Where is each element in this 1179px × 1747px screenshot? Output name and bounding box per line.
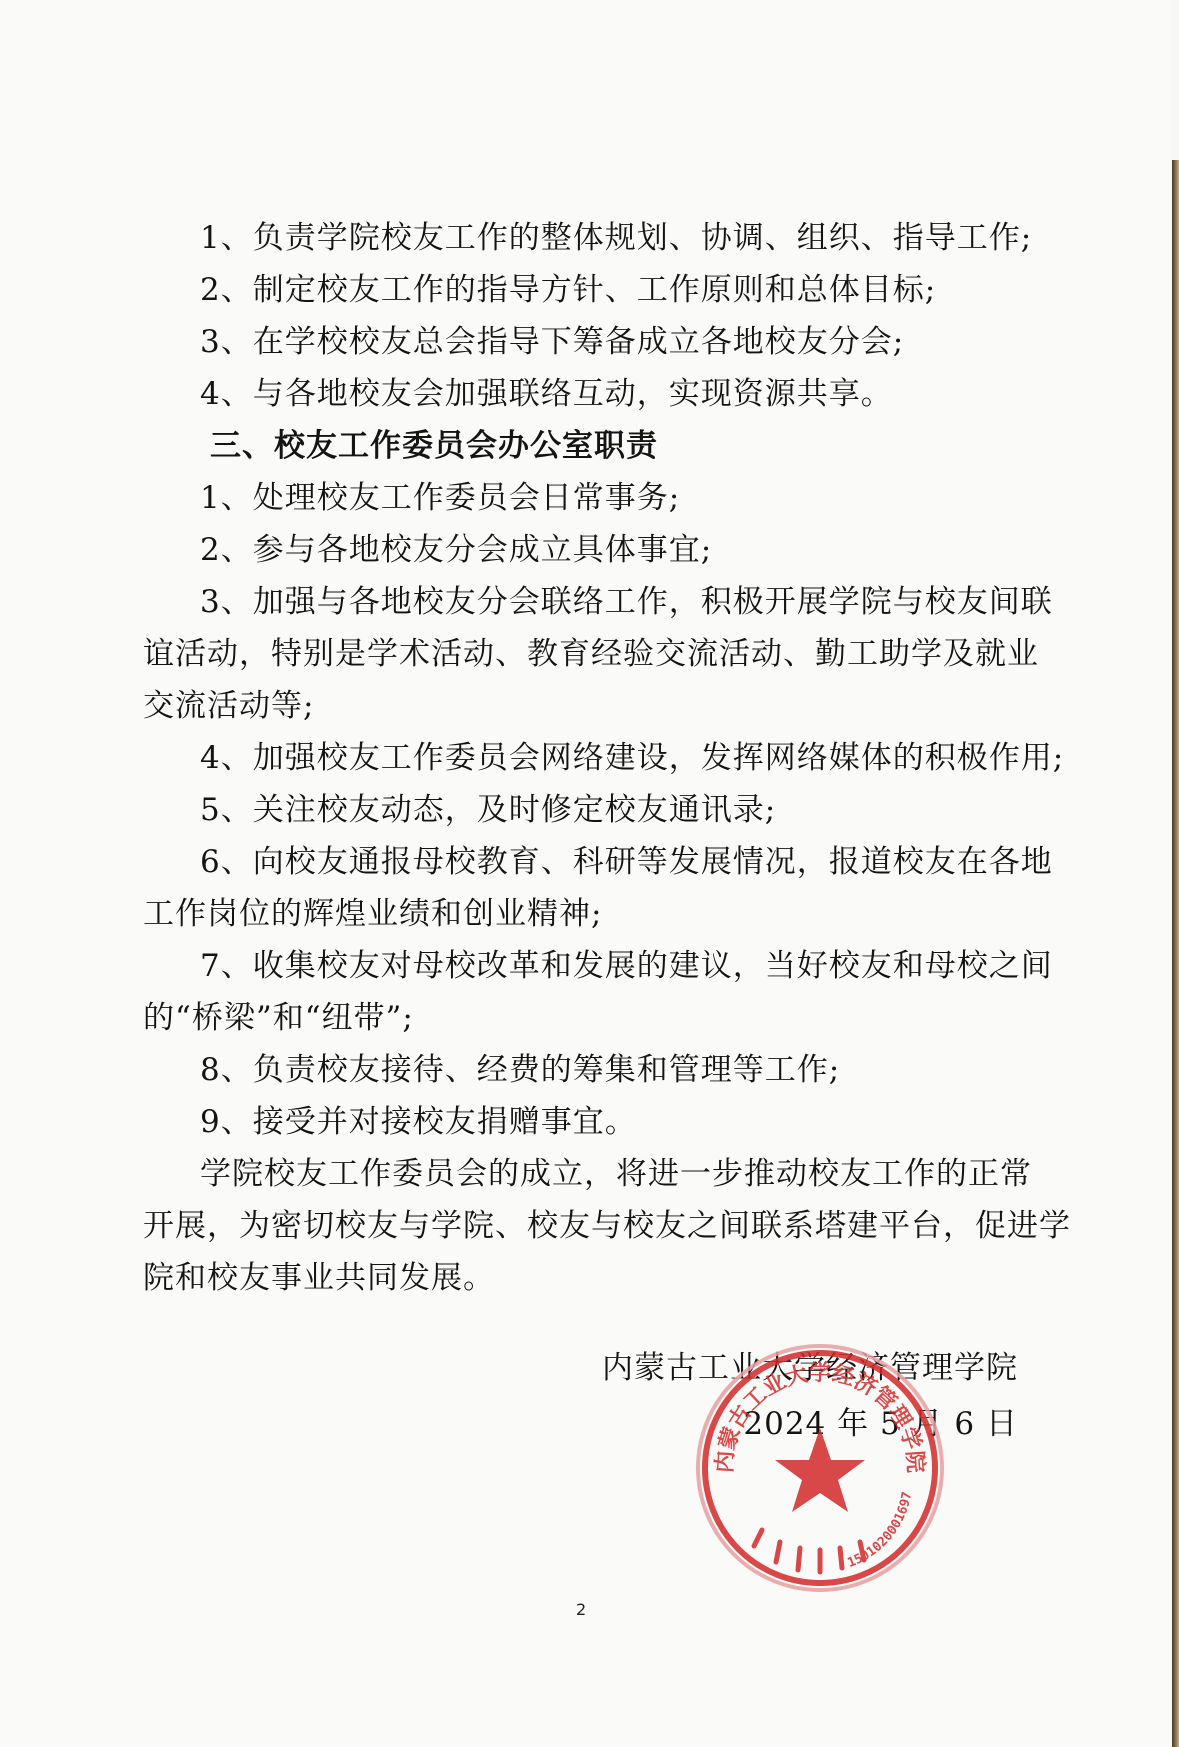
page-number: 2 xyxy=(576,1600,586,1619)
signature-date: 2024 年 5 月 6 日 xyxy=(743,1404,1018,1444)
office-duty-2: 2、参与各地校友分会成立具体事宜; xyxy=(200,530,712,570)
duty-item-1: 1、负责学院校友工作的整体规划、协调、组织、指导工作; xyxy=(200,218,1032,258)
document-page: 1、负责学院校友工作的整体规划、协调、组织、指导工作; 2、制定校友工作的指导方… xyxy=(0,0,1170,1747)
duty-item-2: 2、制定校友工作的指导方针、工作原则和总体目标; xyxy=(200,270,936,310)
duty-item-4: 4、与各地校友会加强联络互动，实现资源共享。 xyxy=(200,374,893,414)
office-duty-1: 1、处理校友工作委员会日常事务; xyxy=(200,478,680,518)
section-heading-office-duties: 三、校友工作委员会办公室职责 xyxy=(210,426,658,466)
office-duty-6-cont: 工作岗位的辉煌业绩和创业精神; xyxy=(143,894,602,934)
closing-paragraph-line-3: 院和校友事业共同发展。 xyxy=(143,1258,495,1298)
closing-paragraph-line-1: 学院校友工作委员会的成立，将进一步推动校友工作的正常 xyxy=(200,1154,1032,1194)
office-duty-4: 4、加强校友工作委员会网络建设，发挥网络媒体的积极作用; xyxy=(200,738,1064,778)
scan-background-edge xyxy=(1172,160,1179,1747)
duty-item-3: 3、在学校校友总会指导下筹备成立各地校友分会; xyxy=(200,322,904,362)
office-duty-9: 9、接受并对接校友捐赠事宜。 xyxy=(200,1102,637,1142)
office-duty-7: 7、收集校友对母校改革和发展的建议，当好校友和母校之间 xyxy=(200,946,1053,986)
closing-paragraph-line-2: 开展，为密切校友与学院、校友与校友之间联系塔建平台，促进学 xyxy=(143,1206,1071,1246)
office-duty-5: 5、关注校友动态，及时修定校友通讯录; xyxy=(200,790,776,830)
office-duty-3: 3、加强与各地校友分会联络工作，积极开展学院与校友间联 xyxy=(200,582,1053,622)
signature-organization: 内蒙古工业大学经济管理学院 xyxy=(602,1348,1018,1388)
office-duty-6: 6、向校友通报母校教育、科研等发展情况，报道校友在各地 xyxy=(200,842,1053,882)
office-duty-3-cont-2: 交流活动等; xyxy=(143,686,314,726)
office-duty-3-cont-1: 谊活动，特别是学术活动、教育经验交流活动、勤工助学及就业 xyxy=(143,634,1039,674)
office-duty-7-cont: 的“桥梁”和“纽带”; xyxy=(143,998,414,1038)
office-duty-8: 8、负责校友接待、经费的筹集和管理等工作; xyxy=(200,1050,840,1090)
svg-text:1501020001697: 1501020001697 xyxy=(845,1491,915,1571)
